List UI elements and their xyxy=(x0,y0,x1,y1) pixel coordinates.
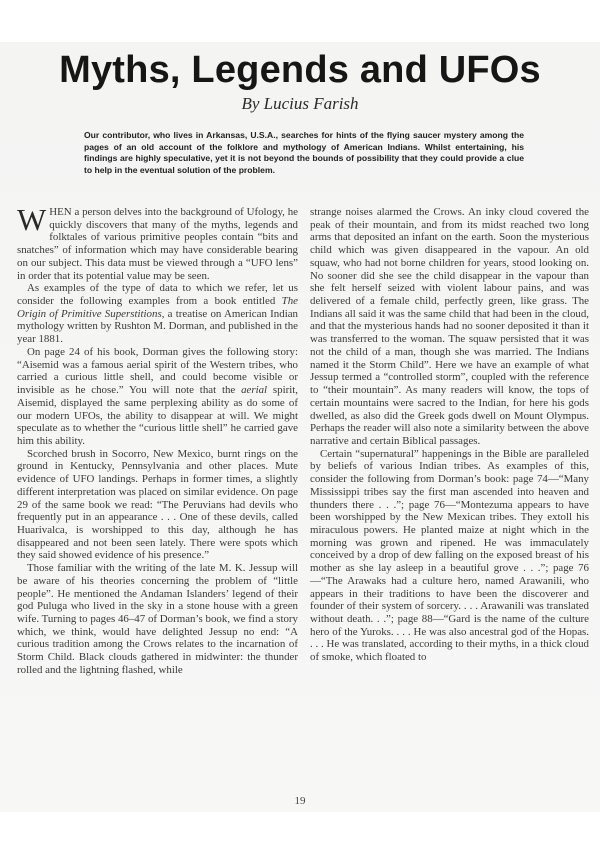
article-standfirst: Our contributor, who lives in Arkansas, … xyxy=(84,130,524,176)
paragraph-biblical-parallels: Certain “supernatural” happenings in the… xyxy=(310,448,589,664)
article-byline: By Lucius Farish xyxy=(0,94,600,114)
paragraph-text: As examples of the type of data to which… xyxy=(17,282,298,307)
paragraph-storm-child: strange noises alarmed the Crows. An ink… xyxy=(310,206,589,448)
right-column: strange noises alarmed the Crows. An ink… xyxy=(310,206,589,664)
page-number: 19 xyxy=(0,795,600,807)
paragraph-intro: WHEN a person delves into the background… xyxy=(17,206,298,282)
article-title: Myths, Legends and UFOs xyxy=(0,48,600,92)
paragraph-socorro: Scorched brush in Socorro, New Mexico, b… xyxy=(17,448,298,562)
left-column: WHEN a person delves into the background… xyxy=(17,206,298,677)
paragraph-book-reference: As examples of the type of data to which… xyxy=(17,282,298,346)
drop-cap: W xyxy=(17,208,46,232)
emphasis-aerial: aerial xyxy=(241,384,267,396)
paragraph-aisemid: On page 24 of his book, Dorman gives the… xyxy=(17,346,298,448)
paragraph-intro-text: HEN a person delves into the background … xyxy=(17,206,298,282)
paragraph-jessup: Those familiar with the writing of the l… xyxy=(17,562,298,676)
